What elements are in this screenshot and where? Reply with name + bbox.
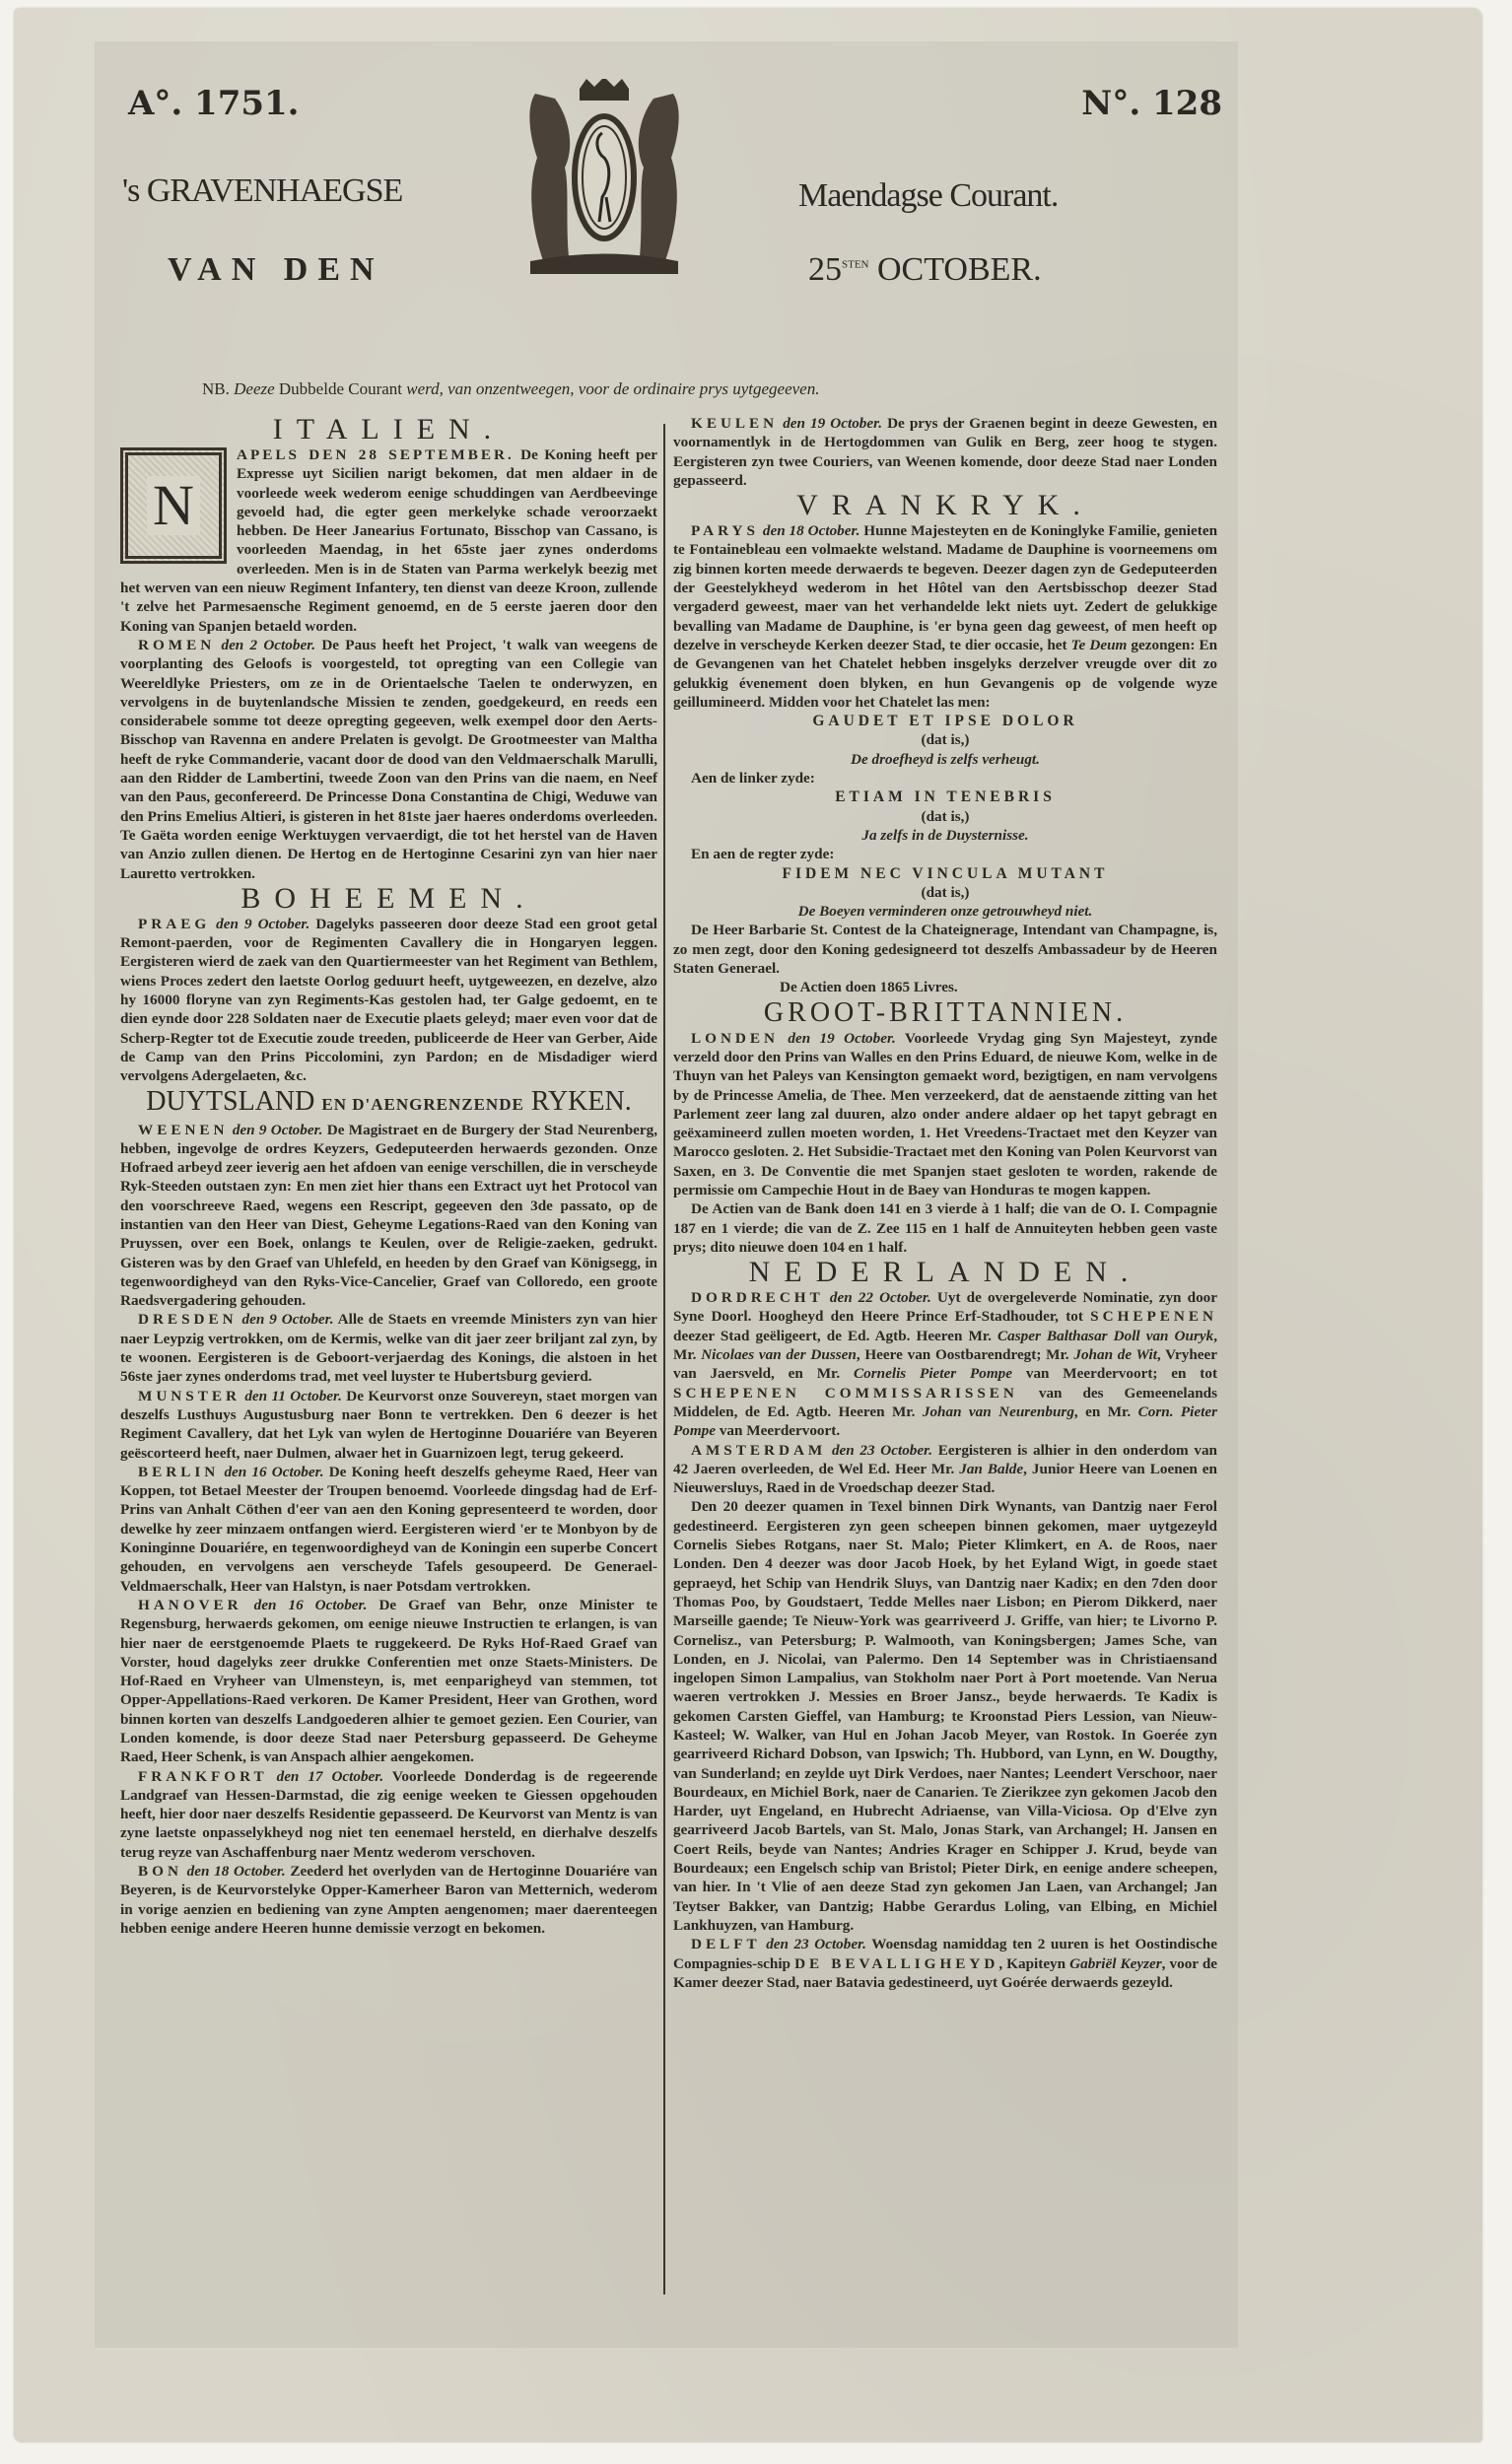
- notice-rest: werd, van onzentweegen, voor de ordinair…: [406, 379, 819, 398]
- motto-3: FIDEM NEC VINCULA MUTANT: [673, 864, 1217, 883]
- title-left: 's GRAVENHAEGSE: [122, 172, 402, 210]
- bank-actien: De Actien van de Bank doen 141 en 3 vier…: [673, 1199, 1217, 1257]
- regter-zyde: En aen de regter zyde:: [673, 845, 1217, 863]
- section-heading-boheemen: BOHEEMEN.: [120, 885, 657, 913]
- article-dordrecht: DORDRECHT den 22 October. Uyt de overgel…: [673, 1288, 1217, 1440]
- coat-of-arms-icon: [525, 79, 683, 276]
- section-heading-duytsland: DUYTSLAND EN D'AENGRENZENDE RYKEN.: [120, 1088, 657, 1119]
- title-right: Maendagse Courant.: [798, 177, 1058, 215]
- notice-word: Deeze: [234, 379, 275, 398]
- issue-date: 25sten OCTOBER.: [808, 251, 1042, 289]
- article-napels: N APELS DEN 28 SEPTEMBER. De Koning heef…: [120, 445, 657, 636]
- notice-dubbelde: Dubbelde Courant: [279, 379, 402, 398]
- article-munster: MUNSTER den 11 October. De Keurvorst onz…: [120, 1387, 657, 1463]
- article-londen: LONDEN den 19 October. Voorleede Vrydag …: [673, 1029, 1217, 1200]
- dat-is-3: (dat is,): [673, 883, 1217, 902]
- article-hanover: HANOVER den 16 October. De Graef van Beh…: [120, 1596, 657, 1767]
- shipping-news: Den 20 deezer quamen in Texel binnen Dir…: [673, 1497, 1217, 1935]
- date-month: OCTOBER.: [877, 251, 1042, 288]
- article-frankfort: FRANKFORT den 17 October. Voorleede Dond…: [120, 1767, 657, 1862]
- dat-is-1: (dat is,): [673, 730, 1217, 749]
- dropcap-ornament-icon: N: [120, 447, 227, 564]
- motto-2-translation: Ja zelfs in de Duysternisse.: [673, 826, 1217, 845]
- article-keulen: KEULEN den 19 October. De prys der Graen…: [673, 414, 1217, 490]
- section-heading-groot-brittannien: GROOT-BRITTANNIEN.: [673, 999, 1217, 1027]
- van-den-label: VAN DEN: [168, 251, 384, 289]
- article-prag: PRAEG den 9 October. Dagelyks passeeren …: [120, 915, 657, 1086]
- motto-3-translation: De Boeyen verminderen onze getrouwheyd n…: [673, 902, 1217, 921]
- article-delft: DELFT den 23 October. Woensdag namiddag …: [673, 1935, 1217, 1992]
- year-label: A°. 1751.: [128, 84, 300, 123]
- article-weenen: WEENEN den 9 October. De Magistraet en d…: [120, 1121, 657, 1311]
- linker-zyde: Aen de linker zyde:: [673, 769, 1217, 787]
- notice-line: NB. Deeze Dubbelde Courant werd, van onz…: [202, 379, 1188, 399]
- actien-line: De Actien doen 1865 Livres.: [673, 978, 1217, 996]
- left-column: ITALIEN. N APELS DEN 28 SEPTEMBER. De Ko…: [120, 414, 657, 1938]
- section-heading-nederlanden: NEDERLANDEN.: [673, 1259, 1217, 1286]
- article-amsterdam: AMSTERDAM den 23 October. Eergisteren is…: [673, 1441, 1217, 1498]
- motto-2: ETIAM IN TENEBRIS: [673, 787, 1217, 806]
- article-bon: BON den 18 October. Zeederd het overlyde…: [120, 1862, 657, 1938]
- column-divider: [663, 424, 665, 2294]
- section-heading-italien: ITALIEN.: [120, 416, 657, 444]
- masthead: A°. 1751. N°. 128 's GRAVENHAEGSE Maenda…: [128, 84, 1222, 370]
- right-column: KEULEN den 19 October. De prys der Graen…: [673, 414, 1217, 1992]
- motto-1: GAUDET ET IPSE DOLOR: [673, 712, 1217, 730]
- article-berlin: BERLIN den 16 October. De Koning heeft d…: [120, 1463, 657, 1596]
- article-barbarie: De Heer Barbarie St. Contest de la Chate…: [673, 921, 1217, 978]
- nb-label: NB.: [202, 379, 230, 398]
- section-heading-vrankryk: VRANKRYK.: [673, 492, 1217, 519]
- motto-1-translation: De droefheyd is zelfs verheugt.: [673, 750, 1217, 769]
- date-day: 25: [808, 251, 842, 288]
- issue-number: N°. 128: [1081, 84, 1222, 123]
- article-romen: ROMEN den 2 October. De Paus heeft het P…: [120, 636, 657, 883]
- article-dresden: DRESDEN den 9 October. Alle de Staets en…: [120, 1310, 657, 1386]
- dat-is-2: (dat is,): [673, 807, 1217, 826]
- date-suffix: sten: [842, 255, 869, 272]
- article-parys: PARYS den 18 October. Hunne Majesteyten …: [673, 521, 1217, 712]
- place-dateline: APELS DEN 28 SEPTEMBER.: [237, 446, 515, 463]
